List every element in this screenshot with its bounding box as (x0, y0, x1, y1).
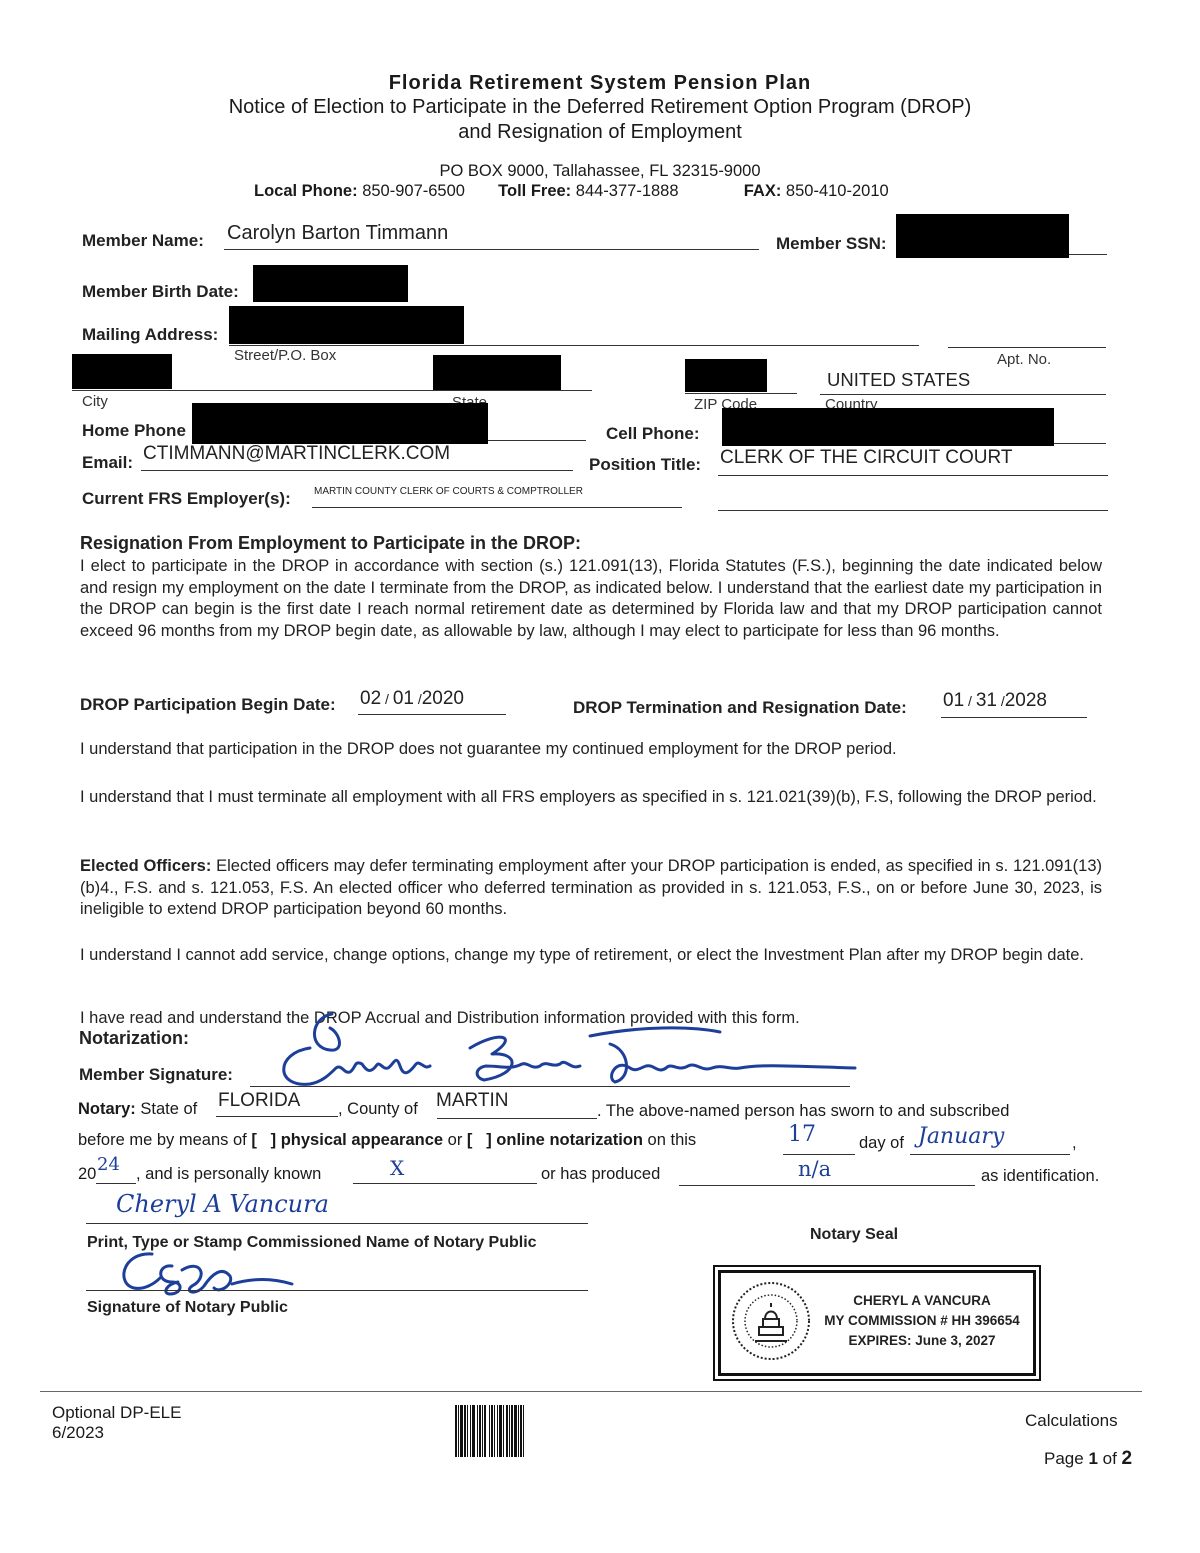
term-date-underline (941, 717, 1087, 718)
on-this-text: on this (648, 1131, 697, 1149)
cell-phone-redaction (722, 408, 1054, 446)
birth-date-redaction (253, 265, 408, 302)
or-text: or (448, 1131, 463, 1149)
page-of: of (1098, 1449, 1122, 1468)
day-of-text: day of (859, 1134, 904, 1153)
notary-seal-stamp: CHERYL A VANCURA MY COMMISSION # HH 3966… (718, 1270, 1036, 1376)
employer-underline-1 (312, 507, 682, 508)
form-id-block: Optional DP-ELE 6/2023 (52, 1403, 181, 1443)
notary-label: Notary: (78, 1100, 136, 1118)
form-date: 6/2023 (52, 1423, 181, 1443)
zip-underline (685, 393, 797, 394)
notary-year-underline (96, 1183, 136, 1184)
notary-day-underline (783, 1154, 855, 1155)
online-checkbox[interactable]: [ ] (467, 1131, 492, 1149)
resignation-body: I elect to participate in the DROP in ac… (80, 556, 1102, 642)
begin-day: 01 (393, 688, 414, 709)
statement-terminate: I understand that I must terminate all e… (80, 787, 1102, 809)
term-year: 2028 (1005, 690, 1047, 711)
member-ssn-label: Member SSN: (776, 234, 887, 254)
email-field[interactable]: CTIMMANN@MARTINCLERK.COM (143, 443, 450, 465)
contact-line: Local Phone: 850-907-6500 Toll Free: 844… (254, 182, 889, 201)
notary-month-field[interactable]: January (918, 1124, 1004, 1149)
page-prefix: Page (1044, 1449, 1088, 1468)
local-phone: 850-907-6500 (362, 182, 465, 200)
personally-known-underline (353, 1183, 537, 1184)
statement-elected-officers: Elected Officers: Elected officers may d… (80, 856, 1102, 921)
ssn-redaction (896, 214, 1069, 258)
street-underline (229, 345, 919, 346)
notary-county-underline (437, 1118, 597, 1119)
comma-text: , (1072, 1134, 1077, 1153)
fax: 850-410-2010 (786, 182, 889, 200)
county-of-text: , County of (338, 1100, 418, 1119)
member-name-underline (224, 249, 759, 250)
form-subtitle-1: Notice of Election to Participate in the… (0, 96, 1200, 119)
identification-text: as identification. (981, 1167, 1099, 1186)
street-redaction (229, 306, 464, 344)
apt-sublabel: Apt. No. (997, 351, 1051, 368)
member-name-label: Member Name: (82, 231, 204, 251)
year-prefix: 20 (78, 1165, 96, 1184)
calculations-label: Calculations (1025, 1411, 1118, 1431)
notary-state-underline (216, 1116, 338, 1117)
online-notarization-label: online notarization (496, 1131, 643, 1149)
form-id: Optional DP-ELE (52, 1403, 181, 1423)
page-total: 2 (1122, 1448, 1133, 1469)
has-produced-text: or has produced (541, 1165, 660, 1184)
cell-phone-label: Cell Phone: (606, 424, 700, 444)
zip-redaction (685, 359, 767, 392)
position-title-label: Position Title: (589, 455, 701, 475)
means-line: before me by means of [ ] physical appea… (78, 1131, 696, 1150)
page-indicator: Page 1 of 2 (1044, 1448, 1132, 1470)
country-underline (820, 394, 1106, 395)
cell-phone-underline (1054, 443, 1106, 444)
member-signature[interactable] (270, 1008, 870, 1096)
notary-signature-underline (86, 1290, 588, 1291)
city-state-underline (72, 390, 592, 391)
term-date-label: DROP Termination and Resignation Date: (573, 698, 907, 718)
notary-year-field[interactable]: 24 (97, 1154, 120, 1175)
home-phone-redaction (192, 403, 488, 444)
begin-year: 2020 (422, 688, 464, 709)
form-subtitle-2: and Resignation of Employment (0, 121, 1200, 144)
term-date-field[interactable]: 01 / 31 /2028 (943, 690, 1047, 712)
statement-no-guarantee: I understand that participation in the D… (80, 739, 1102, 761)
resignation-heading: Resignation From Employment to Participa… (80, 533, 581, 554)
term-month: 01 (943, 690, 964, 711)
physical-appearance-label: physical appearance (281, 1131, 443, 1149)
member-ssn-underline (1069, 254, 1107, 255)
state-redaction (433, 355, 561, 390)
notary-signature-label: Signature of Notary Public (87, 1299, 288, 1317)
sworn-text: . The above-named person has sworn to an… (597, 1102, 1009, 1121)
employer-label: Current FRS Employer(s): (82, 489, 291, 509)
employer-field[interactable]: MARTIN COUNTY CLERK OF COURTS & COMPTROL… (314, 486, 583, 497)
notary-state-field[interactable]: FLORIDA (218, 1090, 300, 1112)
email-underline (141, 470, 573, 471)
city-sublabel: City (82, 393, 108, 410)
barcode (455, 1405, 607, 1457)
physical-checkbox[interactable]: [ ] (251, 1131, 276, 1149)
home-phone-label: Home Phone (82, 421, 186, 441)
has-produced-underline (679, 1185, 975, 1186)
personally-known-field[interactable]: X (390, 1156, 404, 1180)
before-me-text: before me by means of (78, 1131, 247, 1149)
mailing-address-label: Mailing Address: (82, 325, 218, 345)
country-field[interactable]: UNITED STATES (827, 369, 970, 391)
begin-date-underline (358, 714, 506, 715)
seal-name: CHERYL A VANCURA (817, 1291, 1027, 1311)
apt-underline (948, 347, 1106, 348)
notary-day-field[interactable]: 17 (788, 1122, 816, 1147)
birth-date-label: Member Birth Date: (82, 282, 239, 302)
term-day: 31 (976, 690, 997, 711)
employer-underline-2 (718, 510, 1108, 511)
mailing-address-header: PO BOX 9000, Tallahassee, FL 32315-9000 (0, 162, 1200, 181)
footer-divider (40, 1391, 1142, 1392)
florida-seal-icon (729, 1279, 813, 1363)
seal-text: CHERYL A VANCURA MY COMMISSION # HH 3966… (817, 1291, 1027, 1351)
email-label: Email: (82, 453, 133, 473)
notary-printed-name-field[interactable]: Cheryl A Vancura (116, 1190, 329, 1218)
notary-month-underline (910, 1154, 1070, 1155)
has-produced-field[interactable]: n/a (798, 1157, 831, 1181)
seal-commission: MY COMMISSION # HH 396654 (817, 1311, 1027, 1331)
position-title-field[interactable]: CLERK OF THE CIRCUIT COURT (720, 447, 1012, 469)
notary-name-underline (86, 1223, 588, 1224)
form-title: Florida Retirement System Pension Plan (0, 72, 1200, 95)
begin-date-field[interactable]: 02 / 01 /2020 (360, 688, 464, 710)
position-title-underline (718, 475, 1108, 476)
local-phone-label: Local Phone: (254, 182, 358, 200)
elected-officers-label: Elected Officers: (80, 857, 211, 875)
notary-seal-label: Notary Seal (810, 1226, 898, 1244)
fax-label: FAX: (744, 182, 782, 200)
elected-officers-body: Elected officers may defer terminating e… (80, 857, 1102, 918)
state-of-text: State of (140, 1100, 197, 1118)
home-phone-underline (488, 440, 586, 441)
city-redaction (72, 354, 172, 389)
member-signature-label: Member Signature: (79, 1065, 233, 1085)
notary-state-line: Notary: State of (78, 1100, 197, 1119)
statement-cannot-change: I understand I cannot add service, chang… (80, 945, 1102, 967)
notarization-heading: Notarization: (79, 1028, 189, 1049)
page-current: 1 (1088, 1449, 1097, 1468)
toll-free-label: Toll Free: (498, 182, 571, 200)
begin-month: 02 (360, 688, 381, 709)
begin-date-label: DROP Participation Begin Date: (80, 695, 336, 715)
street-sublabel: Street/P.O. Box (234, 347, 336, 364)
seal-expires: EXPIRES: June 3, 2027 (817, 1331, 1027, 1351)
notary-county-field[interactable]: MARTIN (436, 1090, 508, 1112)
personally-known-text: , and is personally known (136, 1165, 321, 1184)
toll-free: 844-377-1888 (576, 182, 679, 200)
member-name-field[interactable]: Carolyn Barton Timmann (227, 222, 448, 245)
